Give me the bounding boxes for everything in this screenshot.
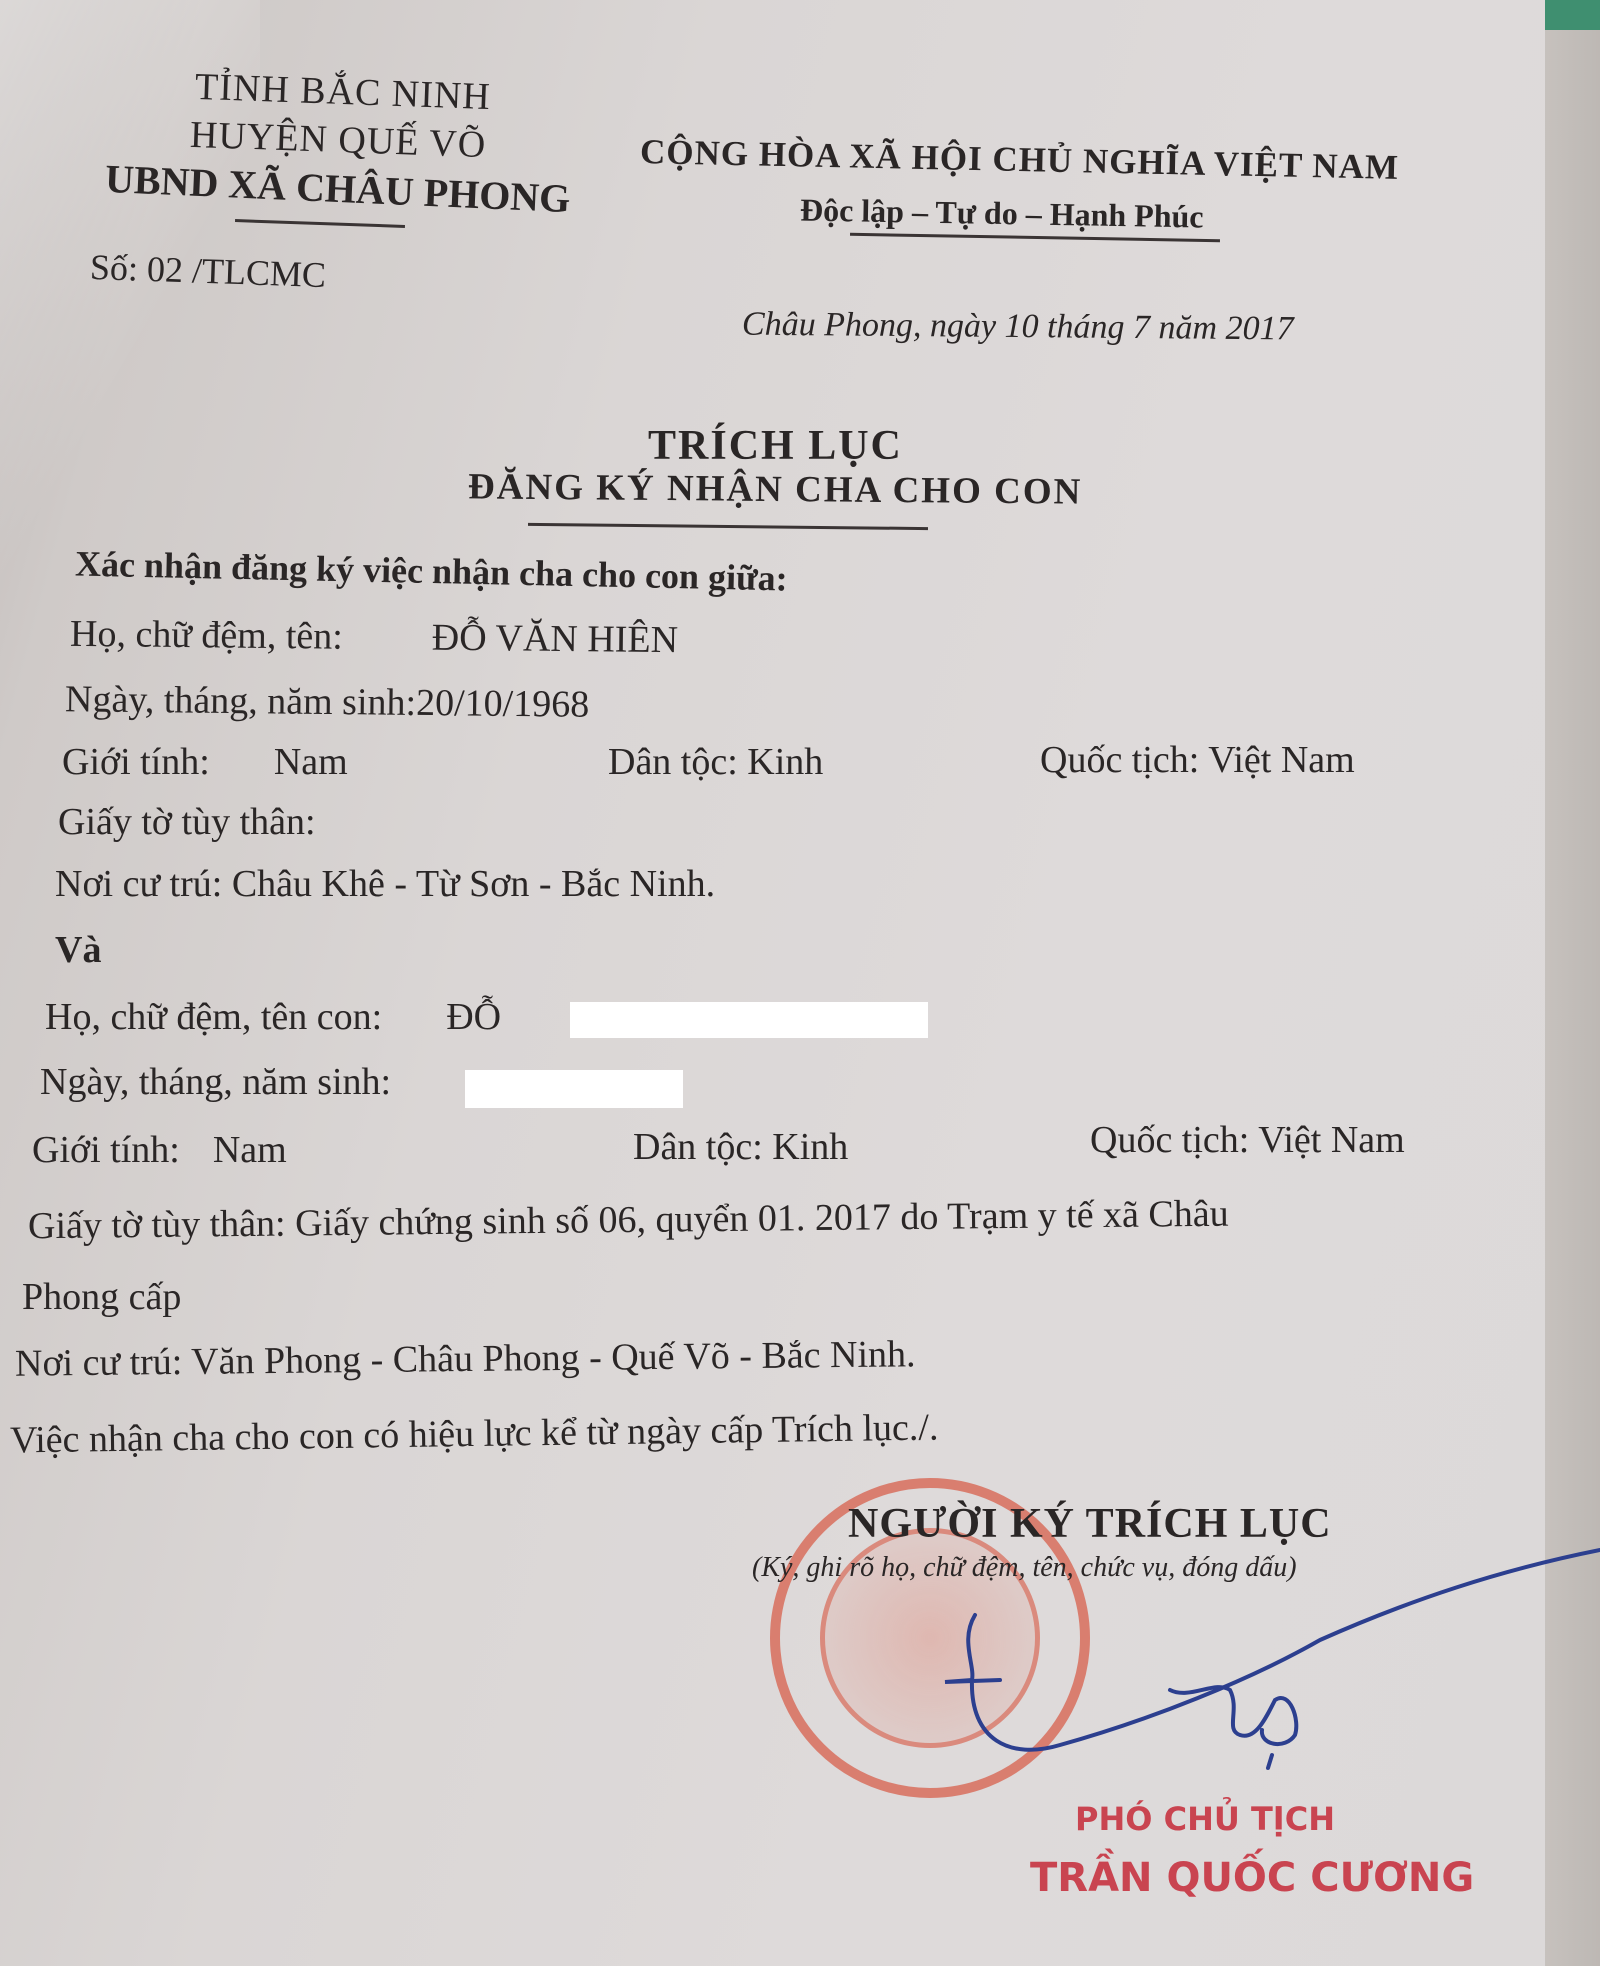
- signer-name: TRẦN QUỐC CƯƠNG: [1030, 1855, 1474, 1901]
- handwritten-signature: [0, 0, 1600, 1966]
- signer-position: PHÓ CHỦ TỊCH: [1075, 1800, 1335, 1838]
- document-page: TỈNH BẮC NINH HUYỆN QUẾ VÕ UBND XÃ CHÂU …: [0, 0, 1545, 1966]
